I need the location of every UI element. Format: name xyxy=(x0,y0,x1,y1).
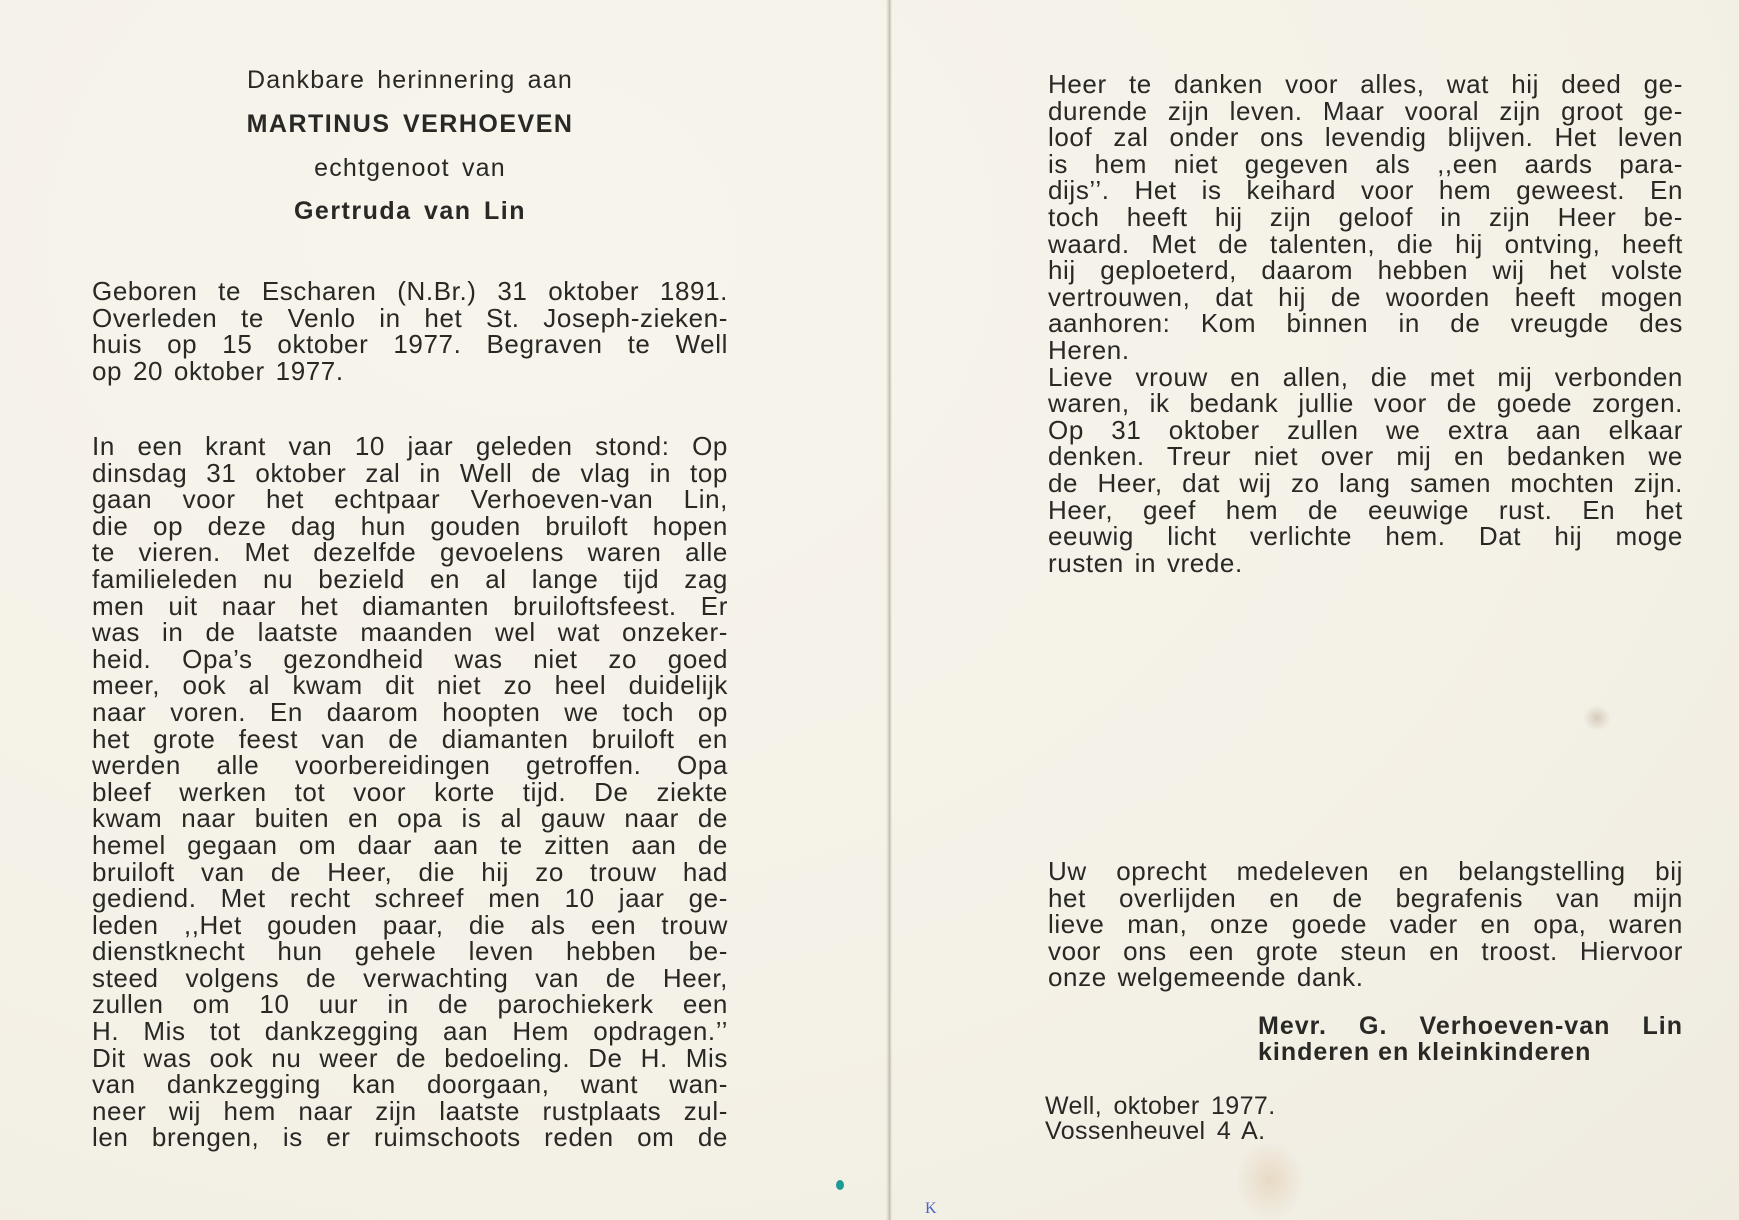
text-line: Uw oprecht medeleven en belangstelling b… xyxy=(1048,858,1683,885)
signature-line-2: kinderen en kleinkinderen xyxy=(1258,1039,1683,1065)
text-line: Heer, geef hem de eeuwige rust. En het xyxy=(1048,497,1683,524)
spouse-name: Gertruda van Lin xyxy=(92,197,728,226)
intro-line: Dankbare herinnering aan xyxy=(92,66,728,95)
text-line: rusten in vrede. xyxy=(1048,550,1683,577)
text-line: Geboren te Escharen (N.Br.) 31 oktober 1… xyxy=(92,278,728,305)
text-line: neer wij hem naar zijn laatste rustplaat… xyxy=(92,1098,728,1125)
memorial-text-right: Heer te danken voor alles, wat hij deed … xyxy=(1048,71,1683,576)
text-line: hij geploeterd, daarom hebben wij het vo… xyxy=(1048,257,1683,284)
text-line: op 20 oktober 1977. xyxy=(92,358,728,385)
teal-ink-dot xyxy=(836,1180,844,1190)
text-line: denken. Treur niet over mij en bedanken … xyxy=(1048,443,1683,470)
text-line: bruiloft van de Heer, die hij zo trouw h… xyxy=(92,859,728,886)
text-line: familieleden nu bezield en al lange tijd… xyxy=(92,566,728,593)
vital-info: Geboren te Escharen (N.Br.) 31 oktober 1… xyxy=(92,278,728,384)
text-line: huis op 15 oktober 1977. Begraven te Wel… xyxy=(92,331,728,358)
text-line: vertrouwen, dat hij de woorden heeft mog… xyxy=(1048,284,1683,311)
text-line: zullen om 10 uur in de parochiekerk een xyxy=(92,991,728,1018)
text-line: waren, ik bedank jullie voor de goede zo… xyxy=(1048,390,1683,417)
text-line: len brengen, is er ruimschoots reden om … xyxy=(92,1124,728,1151)
place-date: Well, oktober 1977. Vossenheuvel 4 A. xyxy=(1045,1094,1276,1144)
text-line: te vieren. Met dezelfde gevoelens waren … xyxy=(92,539,728,566)
text-line: men uit naar het diamanten bruiloftsfees… xyxy=(92,593,728,620)
text-line: Heer te danken voor alles, wat hij deed … xyxy=(1048,71,1683,98)
text-line: het grote feest van de diamanten bruilof… xyxy=(92,726,728,753)
text-line: het overlijden en de begrafenis van mijn xyxy=(1048,885,1683,912)
text-line: steed volgens de verwachting van de Heer… xyxy=(92,965,728,992)
text-line: eeuwig licht verlichte hem. Dat hij moge xyxy=(1048,523,1683,550)
text-line: dienstknecht hun gehele leven hebben be- xyxy=(92,938,728,965)
text-line: H. Mis tot dankzegging aan Hem opdragen.… xyxy=(92,1018,728,1045)
text-line: naar voren. En daarom hoopten we toch op xyxy=(92,699,728,726)
text-line: Lieve vrouw en allen, die met mij verbon… xyxy=(1048,364,1683,391)
place-date-line-1: Well, oktober 1977. xyxy=(1045,1094,1276,1119)
handwritten-mark: K xyxy=(925,1200,937,1218)
text-line: Overleden te Venlo in het St. Joseph-zie… xyxy=(92,305,728,332)
text-line: dijs’’. Het is keihard voor hem geweest.… xyxy=(1048,177,1683,204)
text-line: was in de laatste maanden wel wat onzeke… xyxy=(92,619,728,646)
text-line: waard. Met de talenten, die hij ontving,… xyxy=(1048,231,1683,258)
text-line: leden ,,Het gouden paar, die als een tro… xyxy=(92,912,728,939)
text-line: aanhoren: Kom binnen in de vreugde des xyxy=(1048,310,1683,337)
left-panel: Dankbare herinnering aan MARTINUS VERHOE… xyxy=(0,0,886,1220)
text-line: lieve man, onze goede vader en opa, ware… xyxy=(1048,911,1683,938)
signature-line-1: Mevr. G. Verhoeven-van Lin xyxy=(1258,1013,1683,1039)
text-line: voor ons een grote steun en troost. Hier… xyxy=(1048,938,1683,965)
text-line: toch heeft hij zijn geloof in zijn Heer … xyxy=(1048,204,1683,231)
text-line: gediend. Met recht schreef men 10 jaar g… xyxy=(92,885,728,912)
text-line: kwam naar buiten en opa is al gauw naar … xyxy=(92,805,728,832)
text-line: meer, ook al kwam dit niet zo heel duide… xyxy=(92,672,728,699)
text-line: Op 31 oktober zullen we extra aan elkaar xyxy=(1048,417,1683,444)
text-line: Heren. xyxy=(1048,337,1683,364)
text-line: de Heer, dat wij zo lang samen mochten z… xyxy=(1048,470,1683,497)
paper-stain xyxy=(1583,705,1611,731)
text-line: In een krant van 10 jaar geleden stond: … xyxy=(92,433,728,460)
memorial-text-left: In een krant van 10 jaar geleden stond: … xyxy=(92,433,728,1151)
text-line: van dankzegging kan doorgaan, want wan- xyxy=(92,1071,728,1098)
thanks-text: Uw oprecht medeleven en belangstelling b… xyxy=(1048,858,1683,991)
relation-line: echtgenoot van xyxy=(92,154,728,183)
address-line: Vossenheuvel 4 A. xyxy=(1045,1119,1276,1144)
text-line: onze welgemeende dank. xyxy=(1048,964,1683,991)
paper-stain xyxy=(1235,1140,1305,1220)
text-line: heid. Opa’s gezondheid was niet zo goed xyxy=(92,646,728,673)
text-line: gaan voor het echtpaar Verhoeven-van Lin… xyxy=(92,486,728,513)
deceased-name: MARTINUS VERHOEVEN xyxy=(92,110,728,139)
text-line: Dit was ook nu weer de bedoeling. De H. … xyxy=(92,1045,728,1072)
text-line: dinsdag 31 oktober zal in Well de vlag i… xyxy=(92,460,728,487)
text-line: werden alle voorbereidingen getroffen. O… xyxy=(92,752,728,779)
text-line: durende zijn leven. Maar vooral zijn gro… xyxy=(1048,98,1683,125)
signature: Mevr. G. Verhoeven-van Lin kinderen en k… xyxy=(1258,1013,1683,1065)
text-line: loof zal onder ons levendig blijven. Het… xyxy=(1048,124,1683,151)
text-line: bleef werken tot voor korte tijd. De zie… xyxy=(92,779,728,806)
text-line: is hem niet gegeven als ,,een aards para… xyxy=(1048,151,1683,178)
text-line: hemel gegaan om daar aan te zitten aan d… xyxy=(92,832,728,859)
text-line: die op deze dag hun gouden bruiloft hope… xyxy=(92,513,728,540)
